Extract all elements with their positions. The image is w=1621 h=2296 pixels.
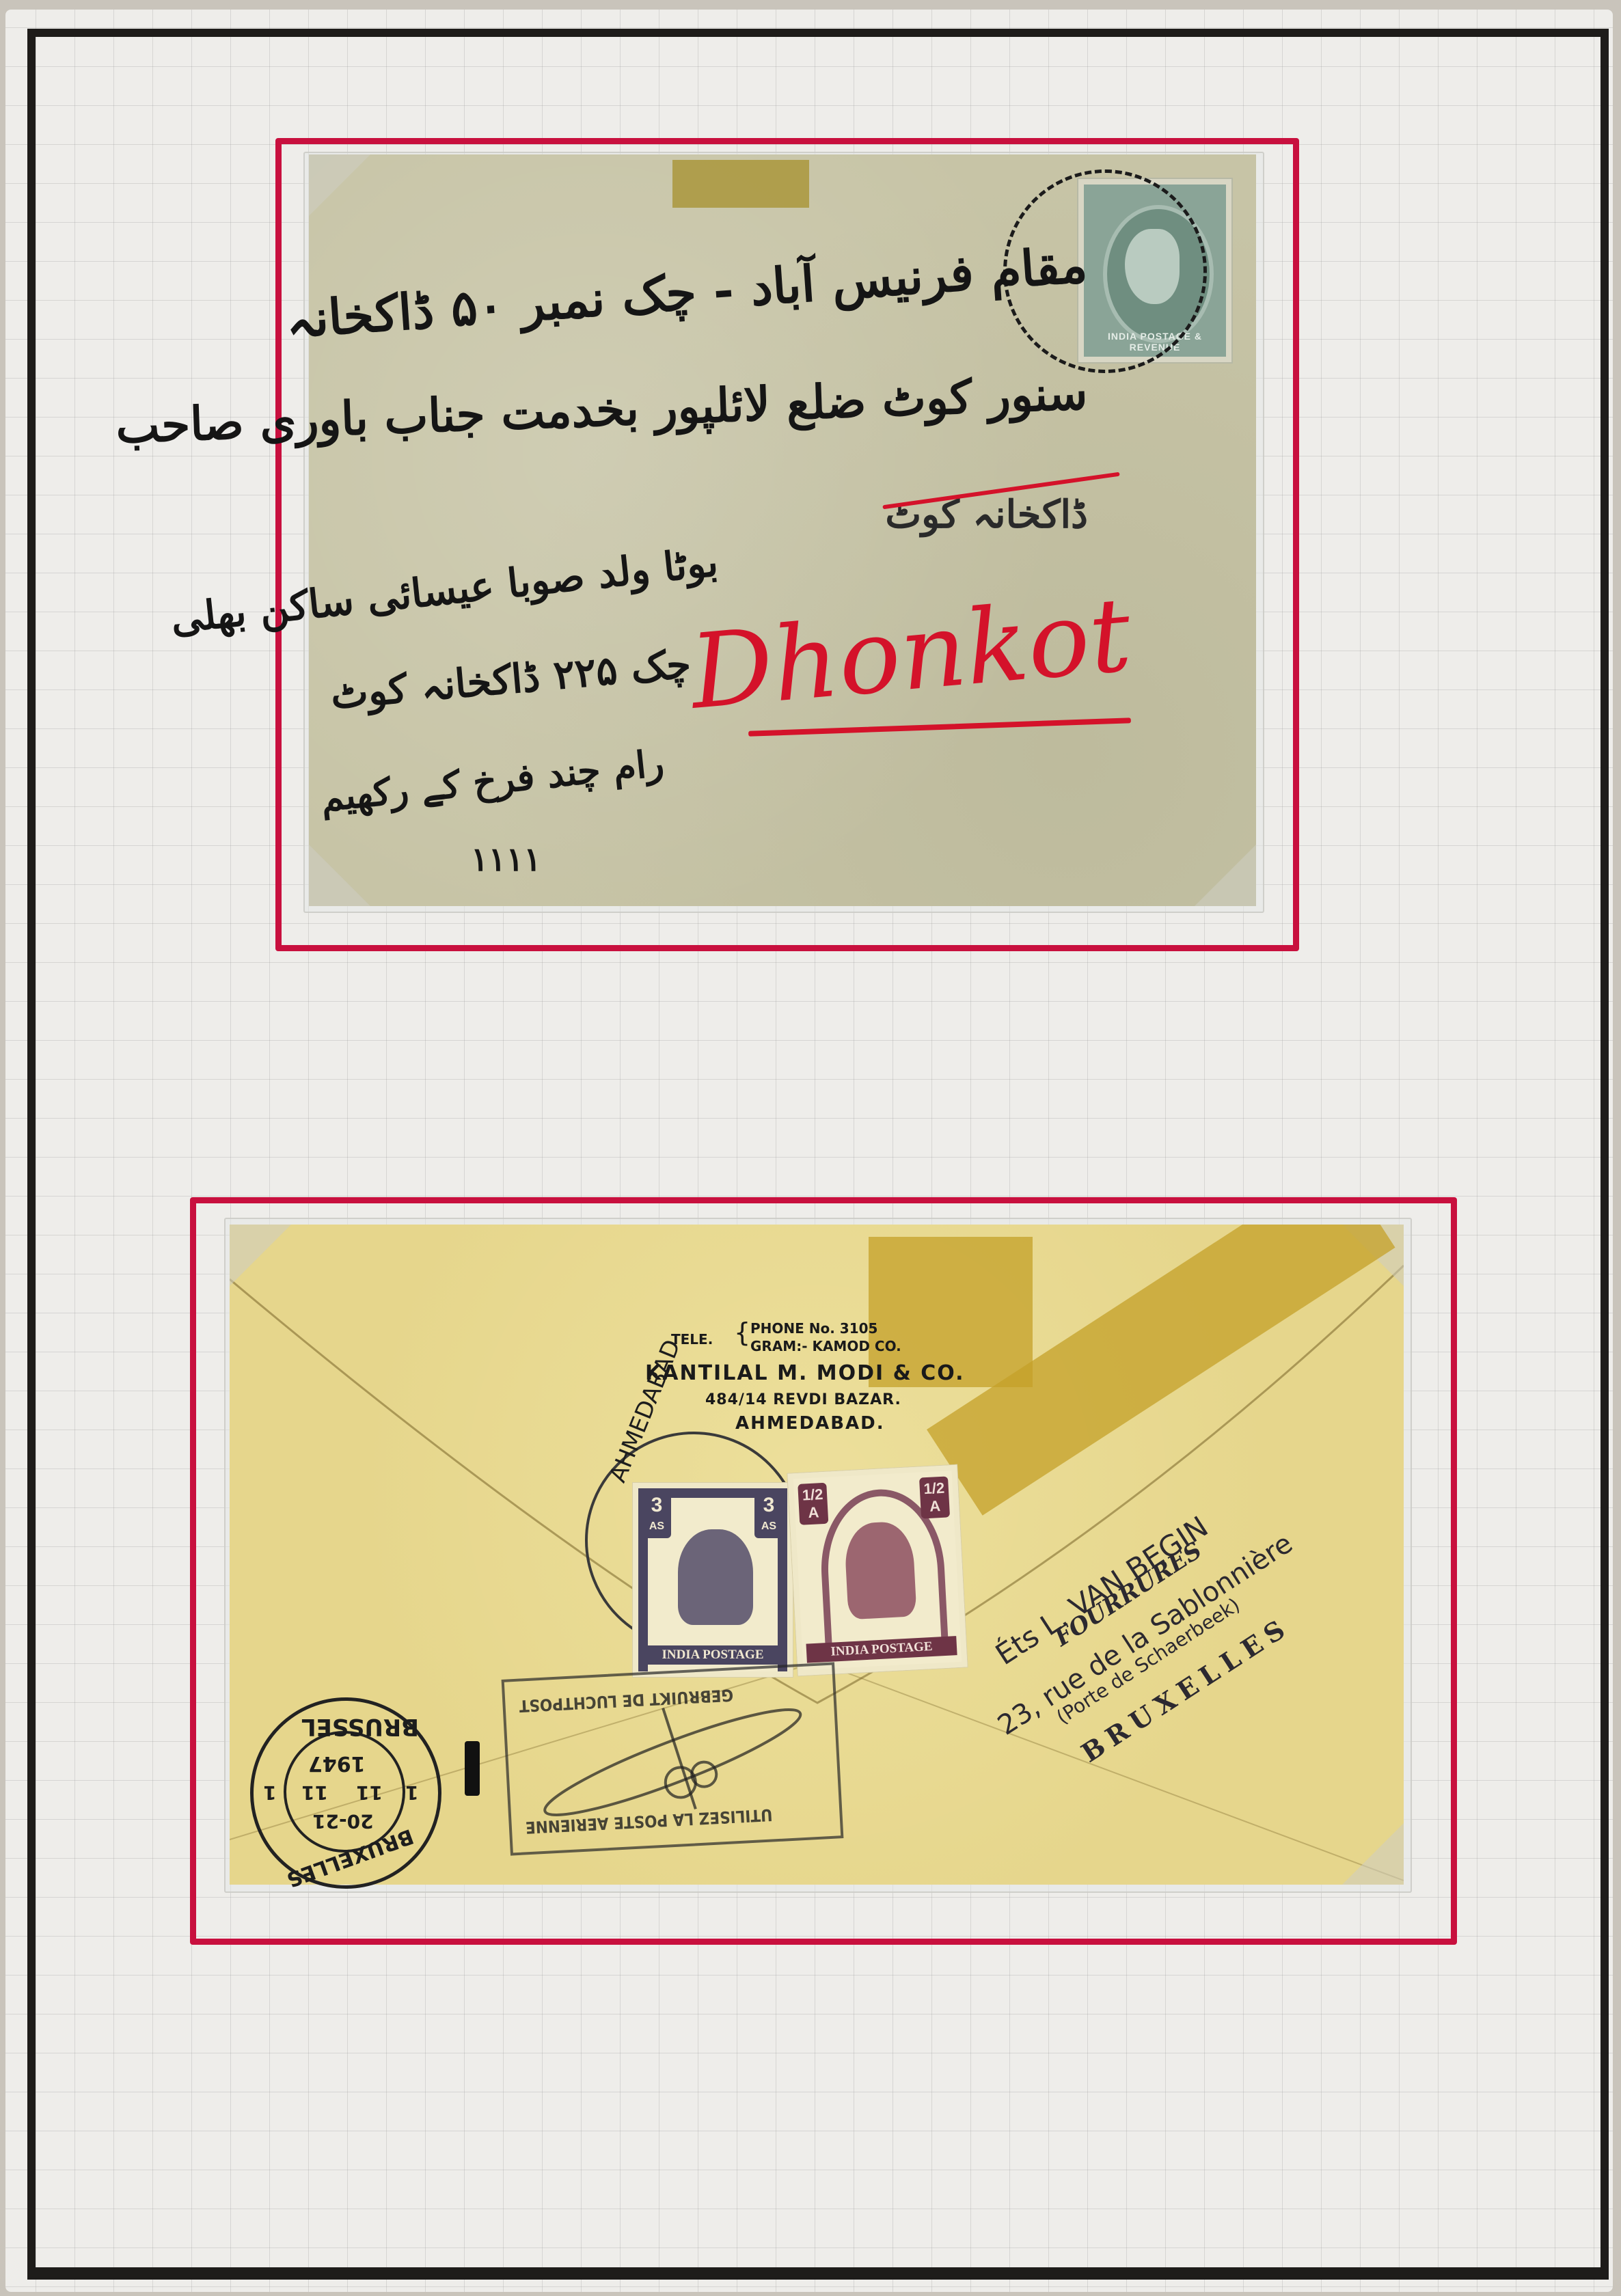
king-portrait-icon [678, 1529, 753, 1625]
postmark-top-text: BRUSSEL [301, 1713, 419, 1740]
address-line: ڈاکخانہ کوٹ [885, 492, 1088, 537]
hinge-tape [672, 160, 809, 208]
stamp-value-right: 1/2A [919, 1476, 950, 1518]
mount-corner [309, 154, 372, 217]
stamp-value-left: 1/2A [798, 1483, 828, 1525]
phone-number: PHONE No. 3105 [750, 1320, 877, 1337]
stamp-3-annas[interactable]: 3AS 3AS INDIA POSTAGE [633, 1483, 793, 1677]
address-line: ۱۱۱۱ [471, 840, 541, 879]
stamp-half-anna[interactable]: 1/2A 1/2A INDIA POSTAGE [787, 1465, 967, 1676]
ink-mark [465, 1741, 480, 1796]
company-name: KANTILAL M. MODI & CO. [645, 1361, 965, 1385]
mount-corner [309, 843, 372, 906]
street-address: 484/14 REVDI BAZAR. [705, 1391, 901, 1408]
postmark-side-right: 1 [405, 1781, 418, 1804]
stamp-value-right: 3AS [754, 1494, 783, 1538]
telegram-address: GRAM:- KAMOD CO. [750, 1338, 901, 1354]
arrival-postmark: BRUSSEL 1947 11 11 20-21 1 1 BRUXELLES [250, 1697, 441, 1889]
postmark-month: 11 [356, 1781, 383, 1804]
postmark-time: 20-21 [312, 1810, 374, 1833]
stamp-inscription: INDIA POSTAGE [642, 1645, 783, 1665]
postmark-side-left: 1 [263, 1781, 276, 1804]
stamp-value-left: 3AS [642, 1494, 671, 1538]
airmail-slogan-cancel: GEBRUIKT DE LUCHTPOST UTILISEZ LA POSTE … [502, 1662, 844, 1855]
city: AHMEDABAD. [735, 1413, 885, 1434]
postmark-year: 1947 [308, 1751, 366, 1775]
mount-corner [1193, 843, 1256, 906]
postmark-day: 11 [301, 1781, 328, 1804]
brace-icon: { [734, 1317, 750, 1348]
